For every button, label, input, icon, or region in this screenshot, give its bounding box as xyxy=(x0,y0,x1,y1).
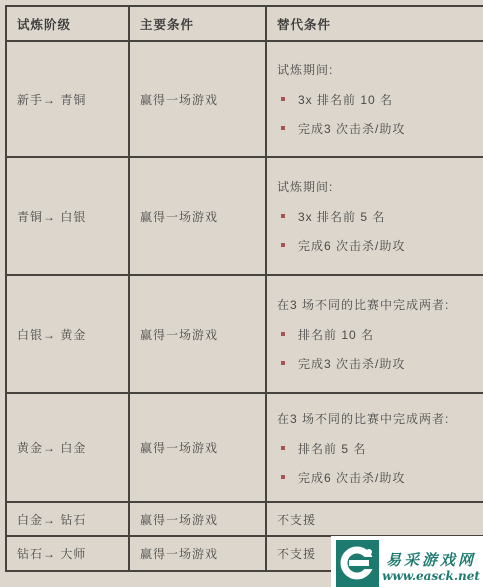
main-condition-cell: 赢得一场游戏 xyxy=(129,157,266,275)
tier-cell: 钻石→ 大师 xyxy=(6,536,129,571)
alt-bullet-text: 排名前 10 名 xyxy=(298,326,374,343)
bullet-square-icon xyxy=(281,243,285,247)
alt-condition-title: 不支援 xyxy=(277,511,483,528)
site-watermark: 易采游戏网 www.easck.net xyxy=(331,536,483,587)
watermark-site-url: www.easck.net xyxy=(382,569,480,583)
alt-bullet-text: 完成6 次击杀/助攻 xyxy=(298,469,405,486)
alt-bullet-item: 完成3 次击杀/助攻 xyxy=(281,355,483,372)
alt-bullet-item: 完成6 次击杀/助攻 xyxy=(281,237,483,254)
bullet-square-icon xyxy=(281,126,285,130)
rank-requirements-table: 试炼阶级 主要条件 替代条件 新手→ 青铜 赢得一场游戏 试炼期间: 3x 排名… xyxy=(5,5,483,572)
header-alt-condition: 替代条件 xyxy=(266,6,483,41)
main-condition-cell: 赢得一场游戏 xyxy=(129,41,266,157)
bullet-square-icon xyxy=(281,214,285,218)
alt-bullet-text: 3x 排名前 5 名 xyxy=(298,208,385,225)
alt-bullet-item: 3x 排名前 5 名 xyxy=(281,208,483,225)
main-condition-cell: 赢得一场游戏 xyxy=(129,393,266,502)
table-row: 新手→ 青铜 赢得一场游戏 试炼期间: 3x 排名前 10 名 完成3 次击杀/… xyxy=(6,41,483,157)
bullet-square-icon xyxy=(281,475,285,479)
alt-condition-cell: 不支援 xyxy=(266,502,483,536)
alt-bullet-text: 3x 排名前 10 名 xyxy=(298,91,393,108)
alt-bullet-text: 完成6 次击杀/助攻 xyxy=(298,237,405,254)
tier-cell: 白银→ 黄金 xyxy=(6,275,129,393)
main-condition-cell: 赢得一场游戏 xyxy=(129,275,266,393)
tier-cell: 青铜→ 白银 xyxy=(6,157,129,275)
alt-condition-cell: 在3 场不同的比赛中完成两者: 排名前 10 名 完成3 次击杀/助攻 xyxy=(266,275,483,393)
table-row: 黄金→ 白金 赢得一场游戏 在3 场不同的比赛中完成两者: 排名前 5 名 完成… xyxy=(6,393,483,502)
tier-cell: 白金→ 钻石 xyxy=(6,502,129,536)
alt-bullet-item: 排名前 5 名 xyxy=(281,440,483,457)
main-condition-cell: 赢得一场游戏 xyxy=(129,502,266,536)
table-row: 白银→ 黄金 赢得一场游戏 在3 场不同的比赛中完成两者: 排名前 10 名 完… xyxy=(6,275,483,393)
main-condition-cell: 赢得一场游戏 xyxy=(129,536,266,571)
header-trial-tier: 试炼阶级 xyxy=(6,6,129,41)
tier-cell: 黄金→ 白金 xyxy=(6,393,129,502)
alt-condition-title: 试炼期间: xyxy=(277,61,483,78)
alt-bullet-text: 完成3 次击杀/助攻 xyxy=(298,120,405,137)
tier-cell: 新手→ 青铜 xyxy=(6,41,129,157)
alt-bullet-item: 排名前 10 名 xyxy=(281,326,483,343)
alt-bullet-text: 完成3 次击杀/助攻 xyxy=(298,355,405,372)
table-row: 青铜→ 白银 赢得一场游戏 试炼期间: 3x 排名前 5 名 完成6 次击杀/助… xyxy=(6,157,483,275)
table-row: 白金→ 钻石 赢得一场游戏 不支援 xyxy=(6,502,483,536)
table-header-row: 试炼阶级 主要条件 替代条件 xyxy=(6,6,483,41)
alt-bullet-item: 完成3 次击杀/助攻 xyxy=(281,120,483,137)
bullet-square-icon xyxy=(281,361,285,365)
alt-condition-cell: 试炼期间: 3x 排名前 5 名 完成6 次击杀/助攻 xyxy=(266,157,483,275)
bullet-square-icon xyxy=(281,446,285,450)
alt-condition-title: 试炼期间: xyxy=(277,178,483,195)
alt-condition-title: 在3 场不同的比赛中完成两者: xyxy=(277,296,483,313)
header-main-condition: 主要条件 xyxy=(129,6,266,41)
alt-condition-cell: 试炼期间: 3x 排名前 10 名 完成3 次击杀/助攻 xyxy=(266,41,483,157)
watermark-site-name: 易采游戏网 xyxy=(386,551,476,569)
alt-bullet-item: 完成6 次击杀/助攻 xyxy=(281,469,483,486)
bullet-square-icon xyxy=(281,97,285,101)
alt-condition-title: 在3 场不同的比赛中完成两者: xyxy=(277,410,483,427)
alt-condition-cell: 在3 场不同的比赛中完成两者: 排名前 5 名 完成6 次击杀/助攻 xyxy=(266,393,483,502)
bullet-square-icon xyxy=(281,332,285,336)
alt-bullet-item: 3x 排名前 10 名 xyxy=(281,91,483,108)
alt-bullet-text: 排名前 5 名 xyxy=(298,440,366,457)
easck-logo-icon xyxy=(336,540,379,587)
